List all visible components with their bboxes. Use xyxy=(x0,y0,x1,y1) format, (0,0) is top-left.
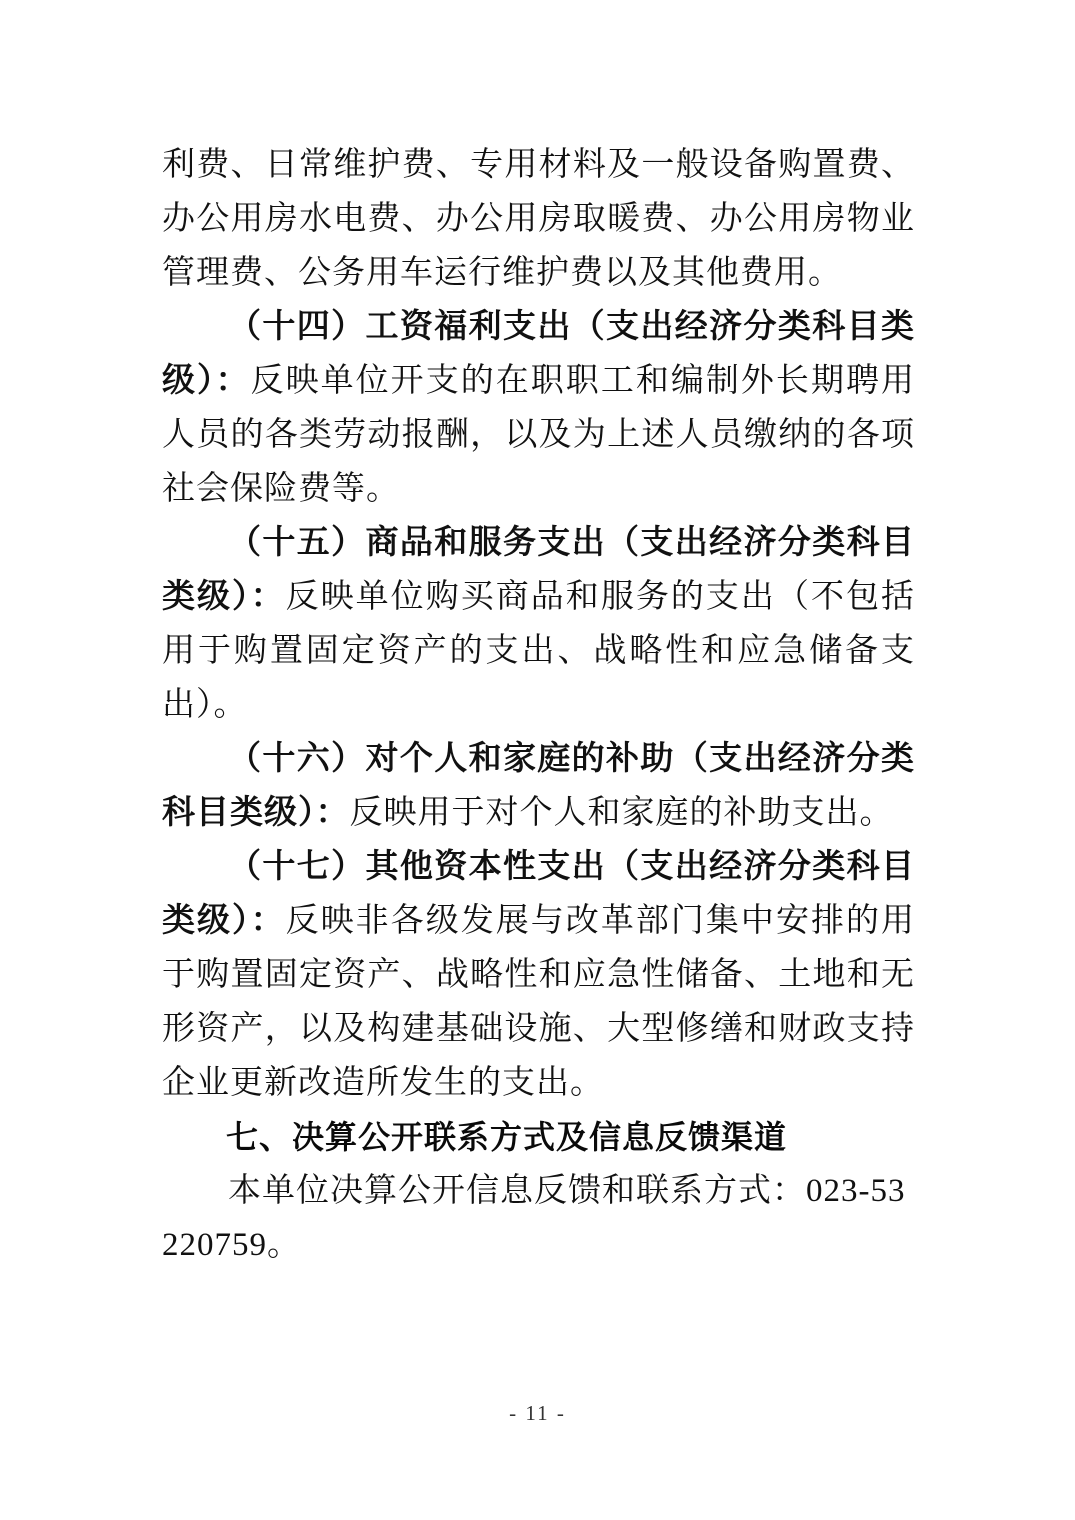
document-body: 利费、日常维护费、专用材料及一般设备购置费、办公用房水电费、办公用房取暖费、办公… xyxy=(162,138,915,1272)
page-number: - 11 - xyxy=(0,1400,1075,1426)
paragraph-text: 反映单位开支的在职职工和编制外长期聘用人员的各类劳动报酬，以及为上述人员缴纳的各… xyxy=(162,363,915,507)
paragraph-item-16: （十六）对个人和家庭的补助（支出经济分类科目类级）：反映用于对个人和家庭的补助支… xyxy=(162,732,915,840)
paragraph-fees-continuation: 利费、日常维护费、专用材料及一般设备购置费、办公用房水电费、办公用房取暖费、办公… xyxy=(162,138,915,300)
paragraph-item-17: （十七）其他资本性支出（支出经济分类科目类级）：反映非各级发展与改革部门集中安排… xyxy=(162,840,915,1110)
paragraph-item-15: （十五）商品和服务支出（支出经济分类科目类级）：反映单位购买商品和服务的支出（不… xyxy=(162,516,915,732)
contact-info-line: 本单位决算公开信息反馈和联系方式：023-53220759。 xyxy=(162,1164,915,1272)
document-page: 利费、日常维护费、专用材料及一般设备购置费、办公用房水电费、办公用房取暖费、办公… xyxy=(0,0,1075,1520)
paragraph-item-14: （十四）工资福利支出（支出经济分类科目类级）：反映单位开支的在职职工和编制外长期… xyxy=(162,300,915,516)
paragraph-text: 利费、日常维护费、专用材料及一般设备购置费、办公用房水电费、办公用房取暖费、办公… xyxy=(162,147,915,291)
section-heading-seven: 七、决算公开联系方式及信息反馈渠道 xyxy=(162,1110,915,1164)
paragraph-text: 反映用于对个人和家庭的补助支出。 xyxy=(350,795,894,831)
